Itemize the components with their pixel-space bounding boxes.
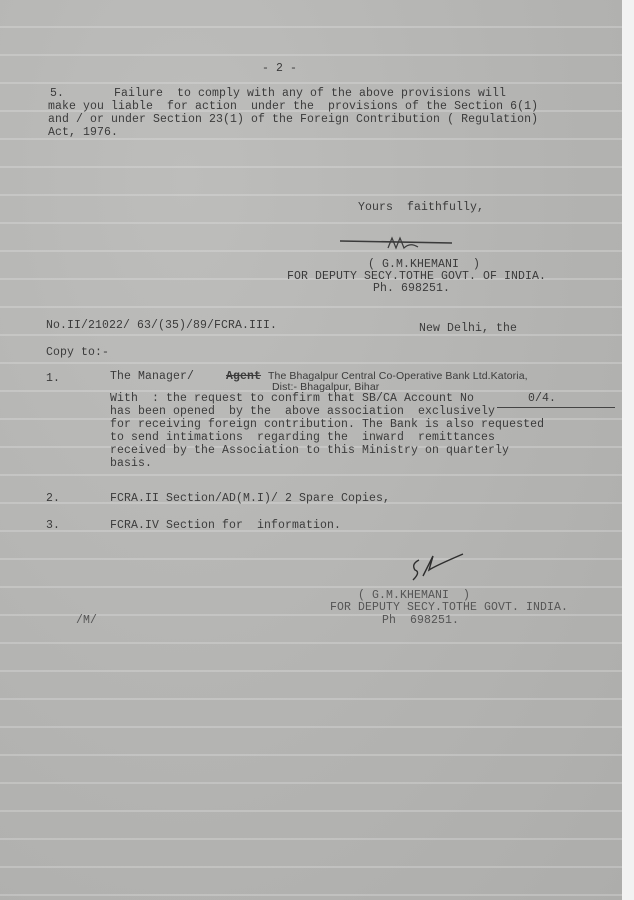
account-number: 0/4. <box>528 392 556 405</box>
copy-item-3-text: FCRA.IV Section for information. <box>110 519 341 532</box>
copy-item-1-line-1: With : the request to confirm that SB/CA… <box>110 392 474 405</box>
copy-item-1-number: 1. <box>46 372 60 385</box>
copy-item-1-line-3: for receiving foreign contribution. The … <box>110 418 544 431</box>
struck-text: Agent <box>226 370 261 383</box>
second-signatory-designation: FOR DEPUTY SECY.TOTHE GOVT. INDIA. <box>330 601 568 614</box>
para5-line-2: make you liable for action under the pro… <box>48 100 538 113</box>
copy-item-1-line-4: to send intimations regarding the inward… <box>110 431 495 444</box>
para5-line-3: and / or under Section 23(1) of the Fore… <box>48 113 538 126</box>
account-underline <box>497 407 615 408</box>
page-number: - 2 - <box>262 62 297 75</box>
copy-item-2-number: 2. <box>46 492 60 505</box>
para5-line-1: Failure to comply with any of the above … <box>114 87 506 100</box>
copy-item-1-line-6: basis. <box>110 457 152 470</box>
copy-item-2-text: FCRA.II Section/AD(M.I)/ 2 Spare Copies, <box>110 492 390 505</box>
copy-item-1-line-2: has been opened by the above association… <box>110 405 495 418</box>
page-edge <box>622 0 634 900</box>
copy-item-1-line-5: received by the Association to this Mini… <box>110 444 509 457</box>
signature-1-icon <box>338 232 454 256</box>
reference-number: No.II/21022/ 63/(35)/89/FCRA.III. <box>46 319 277 332</box>
typist-initials: /M/ <box>76 614 97 627</box>
second-signatory-phone: Ph 698251. <box>382 614 459 627</box>
para5-line-4: Act, 1976. <box>48 126 118 139</box>
signatory-phone: Ph. 698251. <box>373 282 450 295</box>
signature-2-icon <box>405 548 465 586</box>
copy-to-heading: Copy to:- <box>46 346 109 359</box>
para5-number: 5. <box>50 87 64 100</box>
salutation: Yours faithfully, <box>358 201 484 214</box>
place-date: New Delhi, the <box>419 322 517 335</box>
addressee-prefix: The Manager/ <box>110 370 194 383</box>
copy-item-3-number: 3. <box>46 519 60 532</box>
